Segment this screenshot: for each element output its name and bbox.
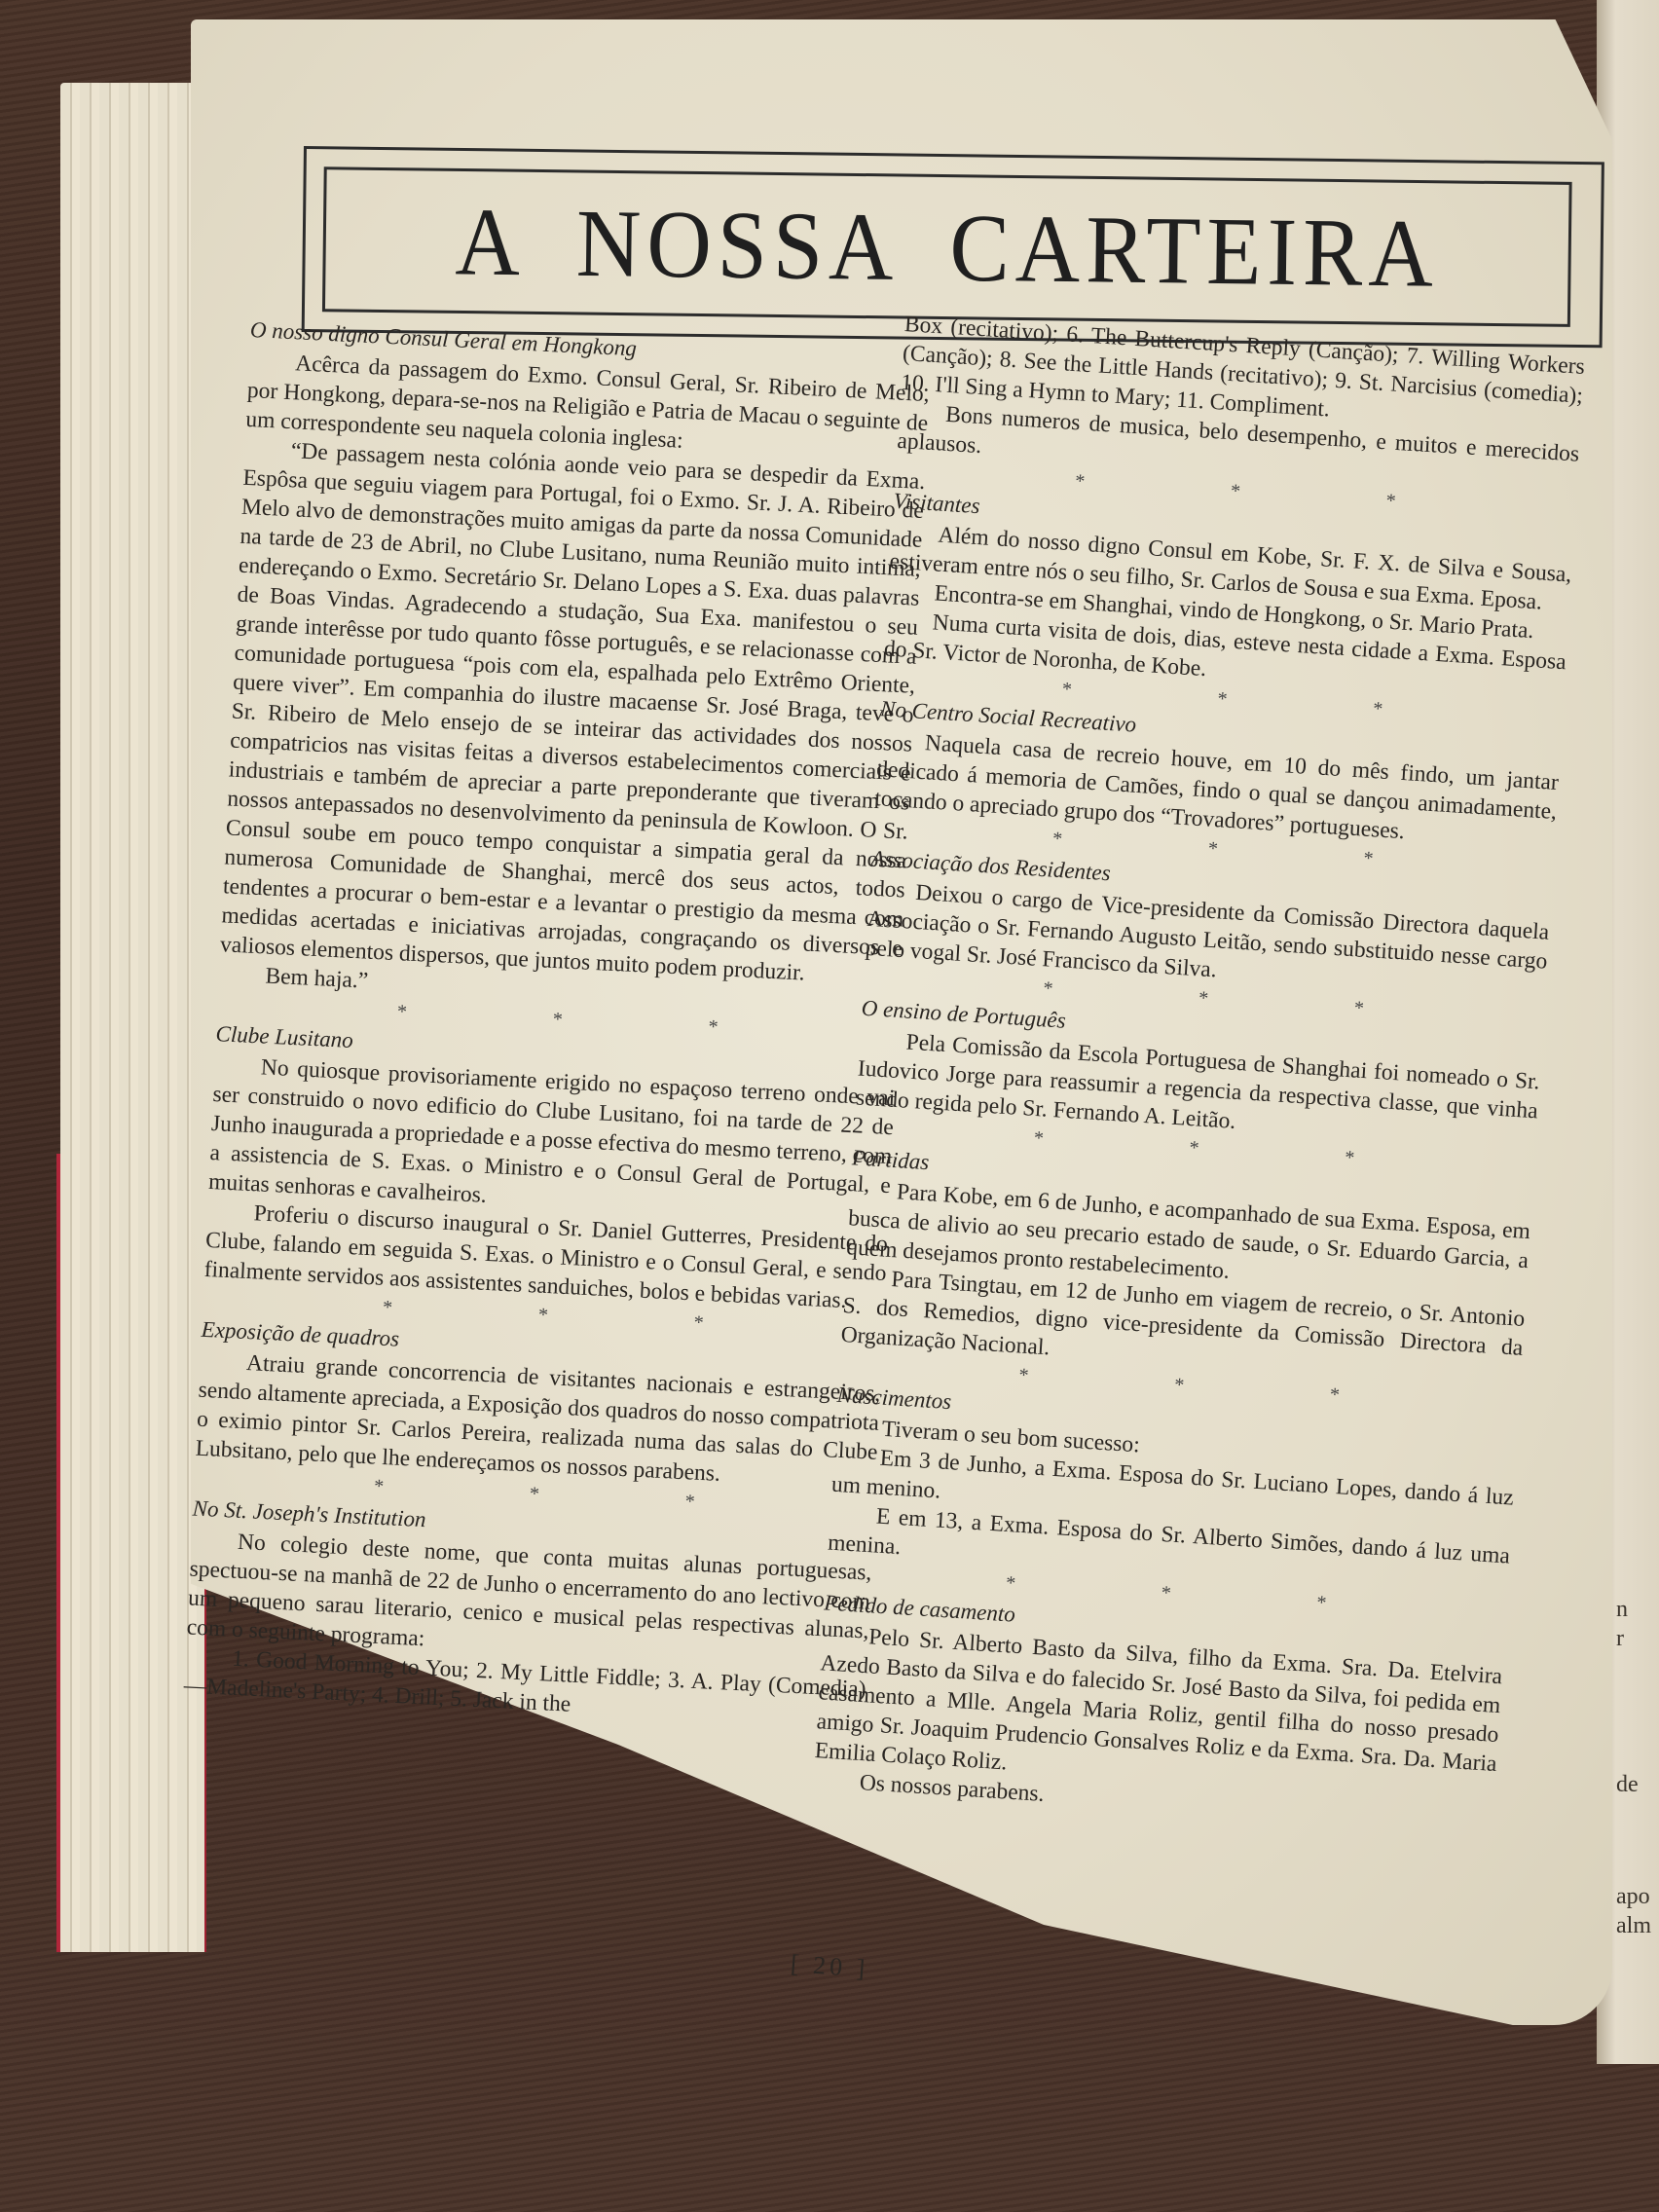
- page-number: [ 20 ]: [790, 1949, 869, 1984]
- asterisk-icon: *: [1198, 983, 1209, 1010]
- adjacent-text: de: [1616, 1772, 1639, 1798]
- asterisk-icon: *: [684, 1487, 695, 1512]
- asterisk-icon: *: [537, 1301, 548, 1326]
- asterisk-icon: *: [1075, 466, 1087, 493]
- asterisk-icon: *: [396, 997, 407, 1022]
- asterisk-icon: *: [1385, 486, 1397, 512]
- left-column: O nosso digno Consul Geral em HongkongAc…: [183, 310, 932, 1733]
- asterisk-icon: *: [1345, 1143, 1356, 1169]
- asterisk-icon: *: [1051, 825, 1063, 851]
- adjacent-text: alm: [1616, 1913, 1651, 1939]
- adjacent-text: apo: [1616, 1884, 1650, 1910]
- asterisk-icon: *: [1161, 1578, 1172, 1604]
- asterisk-icon: *: [1018, 1361, 1030, 1387]
- asterisk-icon: *: [1373, 694, 1384, 720]
- asterisk-icon: *: [1033, 1124, 1045, 1150]
- asterisk-icon: *: [708, 1013, 719, 1038]
- asterisk-icon: *: [1061, 675, 1073, 701]
- asterisk-icon: *: [552, 1005, 563, 1030]
- asterisk-icon: *: [1207, 834, 1219, 861]
- asterisk-icon: *: [1329, 1381, 1341, 1407]
- asterisk-icon: *: [693, 1308, 704, 1333]
- asterisk-icon: *: [383, 1293, 393, 1318]
- paragraph: “De passagem nesta colónia aonde veio pa…: [219, 434, 926, 993]
- asterisk-icon: *: [1043, 974, 1054, 1000]
- asterisk-icon: *: [1189, 1133, 1200, 1160]
- asterisk-icon: *: [1005, 1568, 1016, 1595]
- right-column: Box (recitativo); 6. The Buttercup's Rep…: [812, 310, 1586, 1837]
- asterisk-icon: *: [1174, 1371, 1186, 1397]
- asterisk-icon: *: [1353, 993, 1365, 1019]
- asterisk-icon: *: [1363, 844, 1375, 870]
- title-inner-frame: A NOSSA CARTEIRA: [322, 166, 1572, 327]
- page-title: A NOSSA CARTEIRA: [455, 185, 1440, 309]
- adjacent-text: n: [1616, 1597, 1628, 1623]
- asterisk-icon: *: [1217, 684, 1229, 711]
- adjacent-text: r: [1616, 1626, 1624, 1652]
- asterisk-icon: *: [529, 1479, 539, 1504]
- asterisk-icon: *: [1316, 1588, 1328, 1614]
- asterisk-icon: *: [1230, 476, 1241, 502]
- asterisk-icon: *: [374, 1472, 385, 1497]
